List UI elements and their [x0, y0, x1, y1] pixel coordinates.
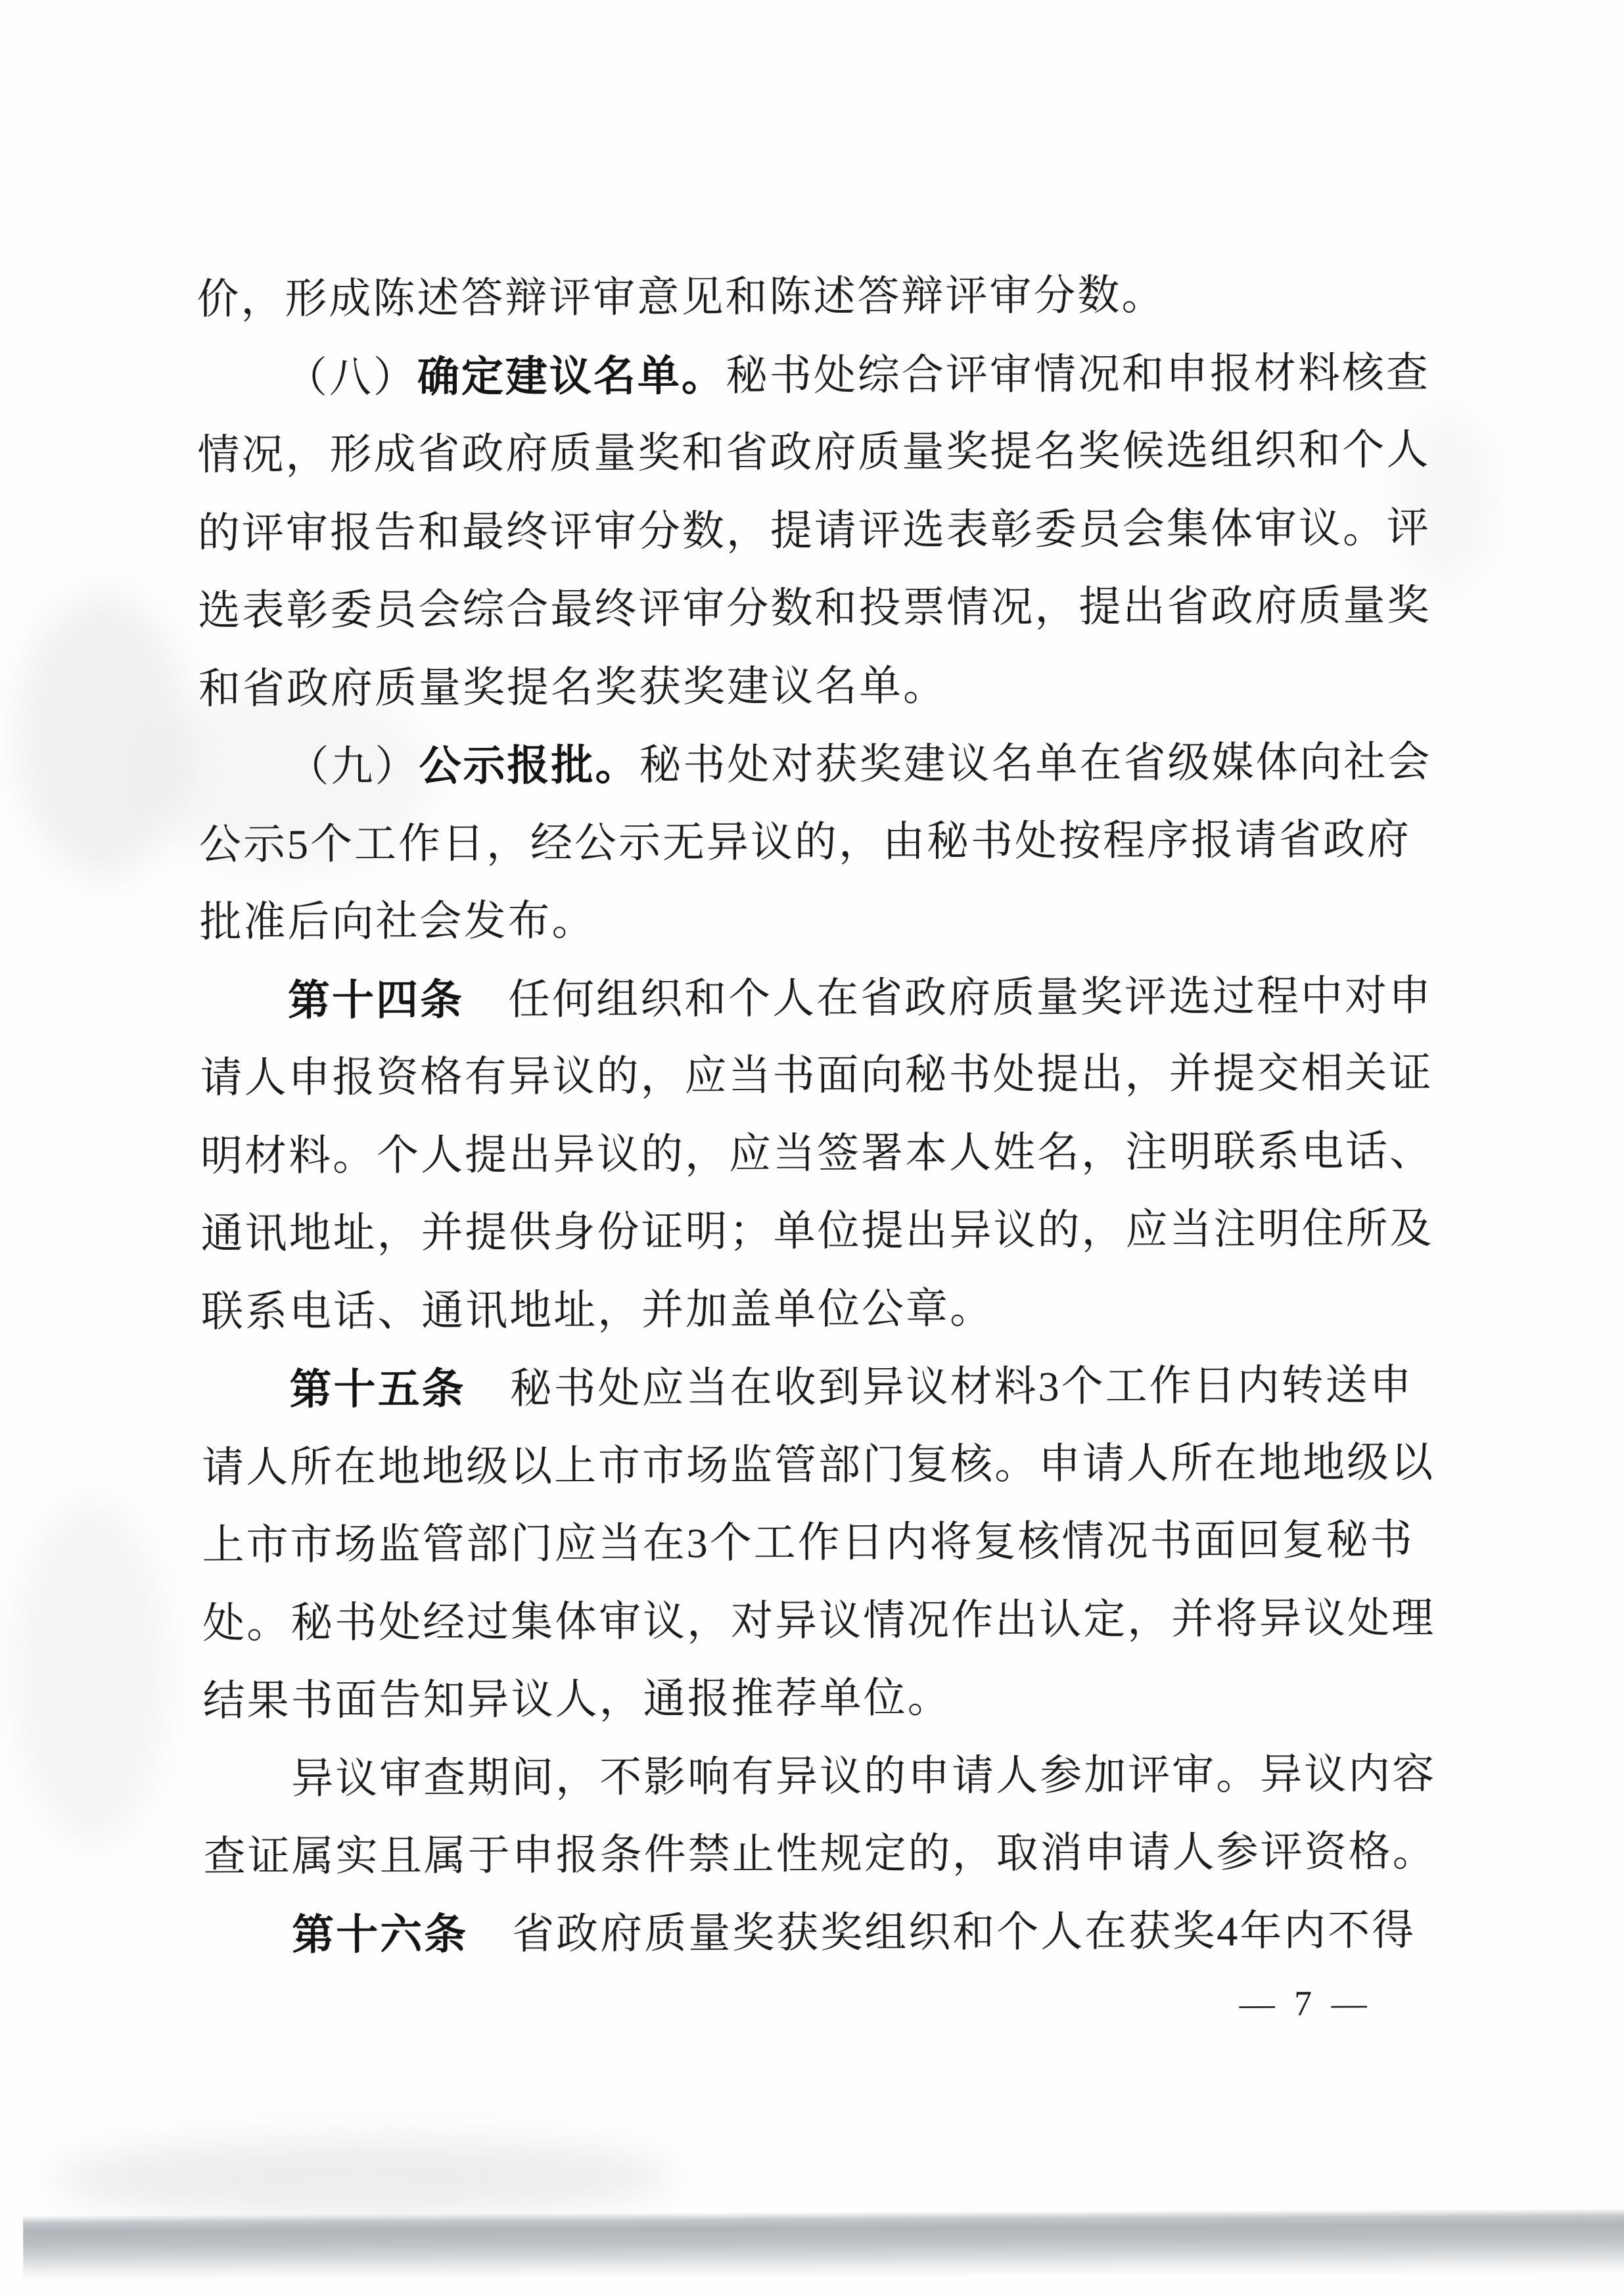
- text-line: 异议审查期间，不影响有异议的申请人参加评审。异议内容: [203, 1753, 1560, 1801]
- text-line: 结果书面告知异议人，通报推荐单位。: [203, 1675, 1472, 1722]
- bold-run: 第十六条: [292, 1910, 468, 1958]
- text-run: 上市市场监管部门应当在3个工作日内将复核情况书面回复秘书: [202, 1517, 1414, 1569]
- text-run: 任何组织和个人在省政府质量奖评选过程中对申: [464, 972, 1433, 1022]
- text-run: 和省政府质量奖提名奖获奖建议名单。: [198, 662, 947, 712]
- text-line: 第十四条 任何组织和个人在省政府质量奖评选过程中对申: [200, 974, 1556, 1022]
- text-line: 和省政府质量奖提名奖获奖建议名单。: [198, 662, 1467, 710]
- text-line: （八）确定建议名单。秘书处综合评审情况和申报材料核查: [197, 351, 1554, 400]
- text-line: 第十六条 省政府质量奖获奖组织和个人在获奖4年内不得: [204, 1908, 1560, 1957]
- text-run: 明材料。个人提出异议的，应当签署本人姓名，注明联系电话、: [200, 1127, 1433, 1179]
- text-line: 请人所在地地级以上市市场监管部门复核。申请人所在地地级以: [202, 1441, 1470, 1488]
- bold-run: 确定建议名单。: [417, 352, 726, 400]
- text-run: 批准后向社会发布。: [199, 897, 595, 946]
- text-run: 公示5个工作日，经公示无异议的，由秘书处按程序报请省政府: [199, 816, 1411, 868]
- text-line: 明材料。个人提出异议的，应当签署本人姓名，注明联系电话、: [200, 1130, 1469, 1177]
- text-line: （九）公示报批。秘书处对获奖建议名单在省级媒体向社会: [198, 740, 1555, 789]
- bold-run: 第十四条: [288, 976, 464, 1024]
- text-run: 联系电话、通讯地址，并加盖单位公章。: [201, 1285, 994, 1335]
- scanned-page: 价，形成陈述答辩评审意见和陈述答辩评审分数。（八）确定建议名单。秘书处综合评审情…: [0, 0, 1624, 2296]
- text-run: 处。秘书处经过集体审议，对异议情况作出认定，并将异议处理: [202, 1594, 1435, 1646]
- text-run: 价，形成陈述答辩评审意见和陈述答辩评审分数。: [197, 272, 1165, 323]
- text-run: 省政府质量奖获奖组织和个人在获奖4年内不得: [468, 1907, 1416, 1958]
- text-line: 第十五条 秘书处应当在收到异议材料3个工作日内转送申: [201, 1363, 1558, 1412]
- text-run: 查证属实且属于申报条件禁止性规定的，取消申请人参评资格。: [204, 1828, 1437, 1880]
- document-text: 价，形成陈述答辩评审意见和陈述答辩评审分数。（八）确定建议名单。秘书处综合评审情…: [0, 0, 1624, 2296]
- text-line: 处。秘书处经过集体审议，对异议情况作出认定，并将异议处理: [202, 1597, 1471, 1644]
- text-run: （八）: [285, 354, 417, 401]
- text-run: 请人所在地地级以上市市场监管部门复核。申请人所在地地级以: [202, 1438, 1435, 1490]
- bold-run: 第十五条: [289, 1365, 465, 1413]
- text-line: 价，形成陈述答辩评审意见和陈述答辩评审分数。: [197, 273, 1465, 321]
- text-line: 批准后向社会发布。: [199, 896, 1468, 944]
- text-run: 请人申报资格有异议的，应当书面向秘书处提出，并提交相关证: [200, 1049, 1433, 1101]
- text-line: 通讯地址，并提供身份证明；单位提出异议的，应当注明住所及: [200, 1208, 1469, 1255]
- text-run: 秘书处综合评审情况和申报材料核查: [726, 349, 1430, 399]
- text-run: 结果书面告知异议人，通报推荐单位。: [203, 1674, 952, 1724]
- next-page-edge-shadow: [23, 2209, 1624, 2282]
- text-line: 查证属实且属于申报条件禁止性规定的，取消申请人参评资格。: [204, 1831, 1472, 1878]
- scan-content: 价，形成陈述答辩评审意见和陈述答辩评审分数。（八）确定建议名单。秘书处综合评审情…: [0, 0, 1624, 2296]
- text-run: 的评审报告和最终评审分数，提请评选表彰委员会集体审议。评: [198, 504, 1431, 556]
- text-line: 选表彰委员会综合最终评审分数和投票情况，提出省政府质量奖: [198, 585, 1466, 632]
- text-run: 秘书处对获奖建议名单在省级媒体向社会: [639, 739, 1431, 789]
- text-line: 公示5个工作日，经公示无异议的，由秘书处按程序报请省政府: [199, 818, 1468, 865]
- text-line: 情况，形成省政府质量奖和省政府质量奖提名奖候选组织和个人: [197, 429, 1466, 476]
- text-run: 异议审查期间，不影响有异议的申请人参加评审。异议内容: [291, 1750, 1436, 1802]
- text-line: 联系电话、通讯地址，并加盖单位公章。: [201, 1285, 1470, 1333]
- text-run: 秘书处应当在收到异议材料3个工作日内转送申: [465, 1362, 1413, 1412]
- text-run: 通讯地址，并提供身份证明；单位提出异议的，应当注明住所及: [200, 1205, 1433, 1257]
- text-run: （九）: [287, 743, 419, 791]
- bold-run: 公示报批。: [419, 741, 639, 789]
- page-number: — 7 —: [1240, 1983, 1372, 2023]
- text-run: 情况，形成省政府质量奖和省政府质量奖提名奖候选组织和个人: [197, 426, 1430, 478]
- text-line: 上市市场监管部门应当在3个工作日内将复核情况书面回复秘书: [202, 1519, 1470, 1567]
- text-run: 选表彰委员会综合最终评审分数和投票情况，提出省政府质量奖: [198, 582, 1431, 634]
- text-line: 请人申报资格有异议的，应当书面向秘书处提出，并提交相关证: [200, 1052, 1468, 1099]
- text-line: 的评审报告和最终评审分数，提请评选表彰委员会集体审议。评: [198, 507, 1466, 554]
